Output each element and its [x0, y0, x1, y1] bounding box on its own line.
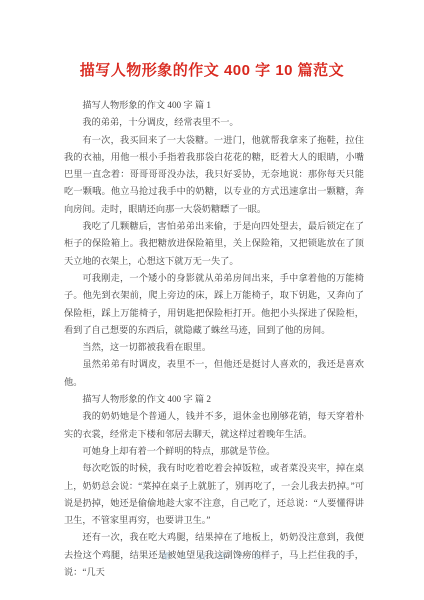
section-heading-2: 描写人物形象的作文 400 字 篇 2 — [64, 391, 364, 408]
section-heading-1: 描写人物形象的作文 400 字 篇 1 — [64, 97, 364, 114]
document-body: 描写人物形象的作文 400 字 篇 1 我的弟弟，十分调皮，经常表里不一。 有一… — [0, 97, 424, 581]
paragraph: 我的弟弟，十分调皮，经常表里不一。 — [64, 114, 364, 131]
paragraph: 可她身上却有着一个鲜明的特点，那就是节俭。 — [64, 443, 364, 460]
paragraph: 当然，这一切都被我看在眼里。 — [64, 339, 364, 356]
paragraph: 我的奶奶她是个普通人，钱并不多，退休金也刚够花销，每天穿着朴实的衣裳，经常走下楼… — [64, 408, 364, 443]
paragraph: 每次吃饭的时候，我有时吃着吃着会掉饭粒，或者菜没夹牢，掉在桌上，奶奶总会说：“菜… — [64, 460, 364, 529]
page-number-footer: 第 1 页 共 7 页 — [0, 551, 424, 562]
paragraph: 虽然弟弟有时调皮，表里不一，但他还是挺讨人喜欢的，我还是喜欢他。 — [64, 356, 364, 391]
document-page: 描写人物形象的作文 400 字 10 篇范文 描写人物形象的作文 400 字 篇… — [0, 0, 424, 600]
document-title: 描写人物形象的作文 400 字 10 篇范文 — [0, 0, 424, 80]
paragraph: 有一次，我买回来了一大袋糖。一进门，他就帮我拿来了拖鞋，拉住我的衣袖，用他一根小… — [64, 132, 364, 218]
paragraph: 可我刚走，一个矮小的身影就从弟弟房间出来，手中拿着他的万能椅子。他先到衣架前，爬… — [64, 270, 364, 339]
paragraph: 我吃了几颗糖后，害怕弟弟出来偷，于是向四处望去，最后锁定在了柜子的保险箱上。我把… — [64, 218, 364, 270]
